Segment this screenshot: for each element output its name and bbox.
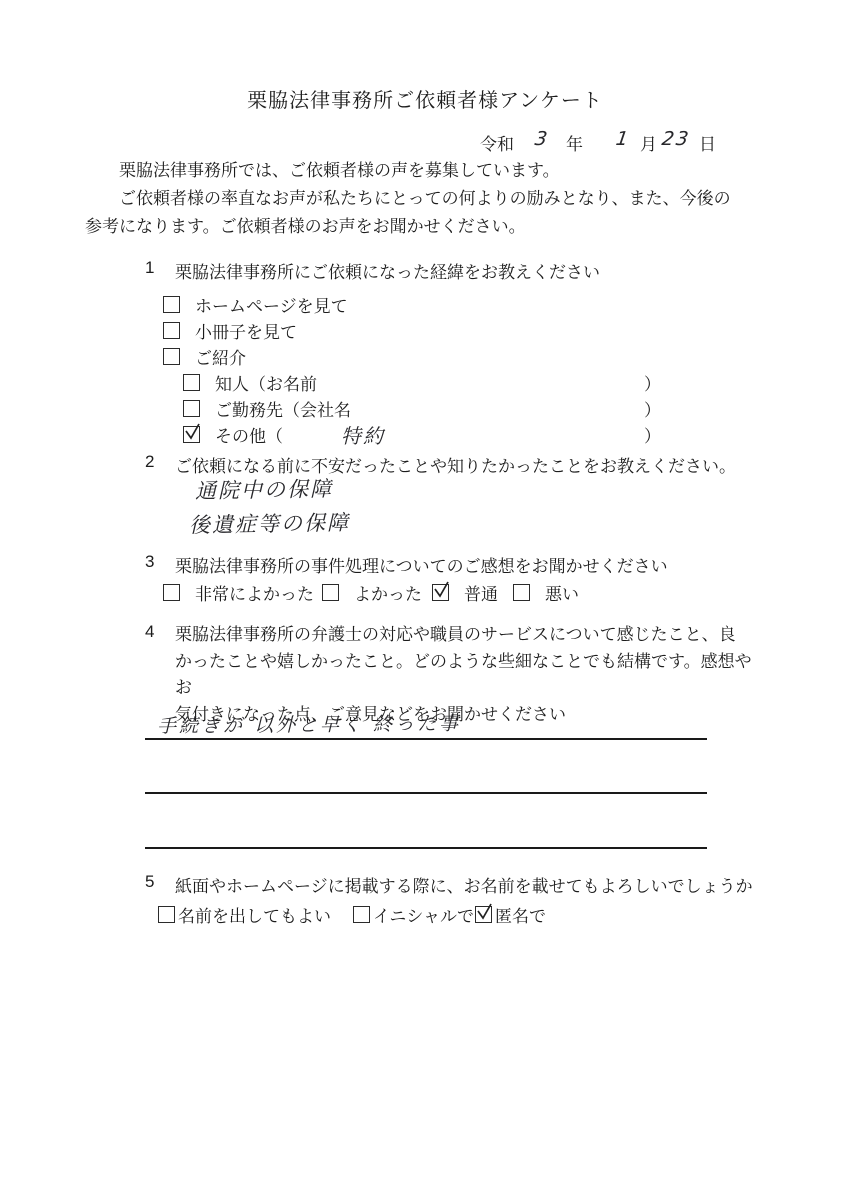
intro-line: 栗脇法律事務所では、ご依頼者様の声を募集しています。 [85, 157, 765, 185]
option-label: 小冊子を見て [195, 318, 297, 343]
option-label: 悪い [545, 580, 579, 605]
check-icon [474, 902, 494, 922]
scanned-survey-page: 栗脇法律事務所ご依頼者様アンケート 令和 3 年 1 月 23 日 栗脇法律事務… [0, 0, 850, 1202]
checkbox-checked [183, 426, 200, 443]
option-booklet: 小冊子を見て [163, 318, 745, 343]
question-1: 1 栗脇法律事務所にご依頼になった経緯をお教えください ホームページを見て 小冊… [145, 258, 745, 447]
answer-lines: 手続きが 以外と早く 終った事 [145, 685, 707, 849]
option-label: 非常によかった [195, 580, 314, 605]
question-5-heading: 5 紙面やホームページに掲載する際に、お名前を載せてもよろしいでしょうか [145, 872, 785, 897]
checkbox-checked [475, 906, 492, 923]
option-bad: 悪い [513, 580, 579, 605]
question-number: 1 [145, 258, 175, 283]
answer-line [145, 794, 707, 849]
suboption-other: その他（ 特約 ） [183, 422, 661, 447]
checkbox-unchecked [163, 348, 180, 365]
checkbox-checked [432, 584, 449, 601]
checkbox-unchecked [163, 584, 180, 601]
option-very-good: 非常によかった [163, 580, 314, 605]
question-2-heading: 2 ご依頼になる前に不安だったことや知りたかったことをお教えください。 [145, 452, 765, 477]
checkbox-unchecked [322, 584, 339, 601]
question-1-options: ホームページを見て 小冊子を見て ご紹介 知人（お名前 ） ご勤務先（会社名 ） [145, 292, 745, 447]
option-label: ご紹介 [195, 344, 246, 369]
question-5-options: 名前を出してもよい イニシャルで 匿名で [145, 902, 785, 928]
checkbox-unchecked [158, 906, 175, 923]
date-month-label: 月 [640, 130, 657, 155]
option-label: ご勤務先（会社名 [215, 396, 351, 421]
page-title: 栗脇法律事務所ご依頼者様アンケート [0, 84, 850, 113]
intro-line: 参考になります。ご依頼者様のお声をお聞かせください。 [85, 213, 765, 241]
option-label: 知人（お名前 [215, 370, 317, 395]
checkbox-unchecked [163, 296, 180, 313]
answer-line [145, 740, 707, 795]
checkbox-unchecked [183, 400, 200, 417]
date-line: 令和 3 年 1 月 23 日 [480, 130, 760, 160]
option-label: その他（ [215, 422, 283, 447]
option-initials: イニシャルで [353, 902, 474, 927]
question-text-line: 栗脇法律事務所の弁護士の対応や職員のサービスについて感じたこと、良 [175, 622, 765, 649]
option-average: 普通 [432, 580, 498, 605]
close-paren: ） [644, 396, 661, 421]
option-homepage: ホームページを見て [163, 292, 745, 317]
checkbox-unchecked [513, 584, 530, 601]
question-3-heading: 3 栗脇法律事務所の事件処理についてのご感想をお聞かせください [145, 552, 765, 577]
option-label: 匿名で [495, 902, 546, 927]
date-day-label: 日 [699, 130, 716, 155]
handwritten-answer: 通院中の保障 [195, 473, 334, 505]
question-3-options: 非常によかった よかった 普通 悪い [145, 580, 765, 606]
close-paren: ） [644, 422, 661, 447]
intro-paragraph: 栗脇法律事務所では、ご依頼者様の声を募集しています。 ご依頼者様の率直なお声が私… [85, 157, 765, 241]
option-label: よかった [354, 580, 422, 605]
option-referral: ご紹介 [163, 344, 745, 369]
date-era-label: 令和 [480, 130, 514, 155]
question-number: 3 [145, 552, 175, 577]
question-number: 2 [145, 452, 175, 477]
question-text: 栗脇法律事務所の事件処理についてのご感想をお聞かせください [175, 552, 668, 577]
checkbox-unchecked [163, 322, 180, 339]
checkbox-unchecked [353, 906, 370, 923]
date-year-label: 年 [566, 130, 583, 155]
check-icon [431, 580, 451, 600]
close-paren: ） [644, 370, 661, 395]
check-icon [182, 422, 202, 442]
suboption-acquaintance: 知人（お名前 ） [183, 370, 661, 395]
question-text: 栗脇法律事務所にご依頼になった経緯をお教えください [175, 258, 600, 283]
question-2: 2 ご依頼になる前に不安だったことや知りたかったことをお教えください。 通院中の… [145, 452, 765, 477]
option-show-name: 名前を出してもよい [158, 902, 331, 927]
date-day-value: 23 [660, 128, 691, 150]
question-3: 3 栗脇法律事務所の事件処理についてのご感想をお聞かせください 非常によかった … [145, 552, 765, 612]
option-anonymous: 匿名で [475, 902, 546, 927]
option-label: イニシャルで [373, 902, 474, 927]
intro-line: ご依頼者様の率直なお声が私たちにとっての何よりの励みとなり、また、今後の [85, 185, 765, 213]
option-label: 普通 [464, 580, 498, 605]
question-number: 5 [145, 872, 175, 897]
question-5: 5 紙面やホームページに掲載する際に、お名前を載せてもよろしいでしょうか 名前を… [145, 872, 785, 934]
handwritten-other-entry: 特約 [341, 420, 385, 449]
date-year-value: 3 [533, 128, 550, 150]
answer-line: 手続きが 以外と早く 終った事 [145, 685, 707, 740]
question-1-heading: 1 栗脇法律事務所にご依頼になった経緯をお教えください [145, 258, 745, 283]
date-month-value: 1 [614, 128, 631, 150]
question-4: 4 栗脇法律事務所の弁護士の対応や職員のサービスについて感じたこと、良 かったこ… [145, 622, 765, 728]
question-text: 紙面やホームページに掲載する際に、お名前を載せてもよろしいでしょうか [175, 872, 753, 897]
option-good: よかった [322, 580, 422, 605]
handwritten-answer: 手続きが 以外と早く 終った事 [157, 708, 461, 738]
suboption-employer: ご勤務先（会社名 ） [183, 396, 661, 421]
option-label: ホームページを見て [195, 292, 348, 317]
option-label: 名前を出してもよい [178, 902, 331, 927]
checkbox-unchecked [183, 374, 200, 391]
handwritten-answer: 後遺症等の保障 [189, 507, 350, 540]
